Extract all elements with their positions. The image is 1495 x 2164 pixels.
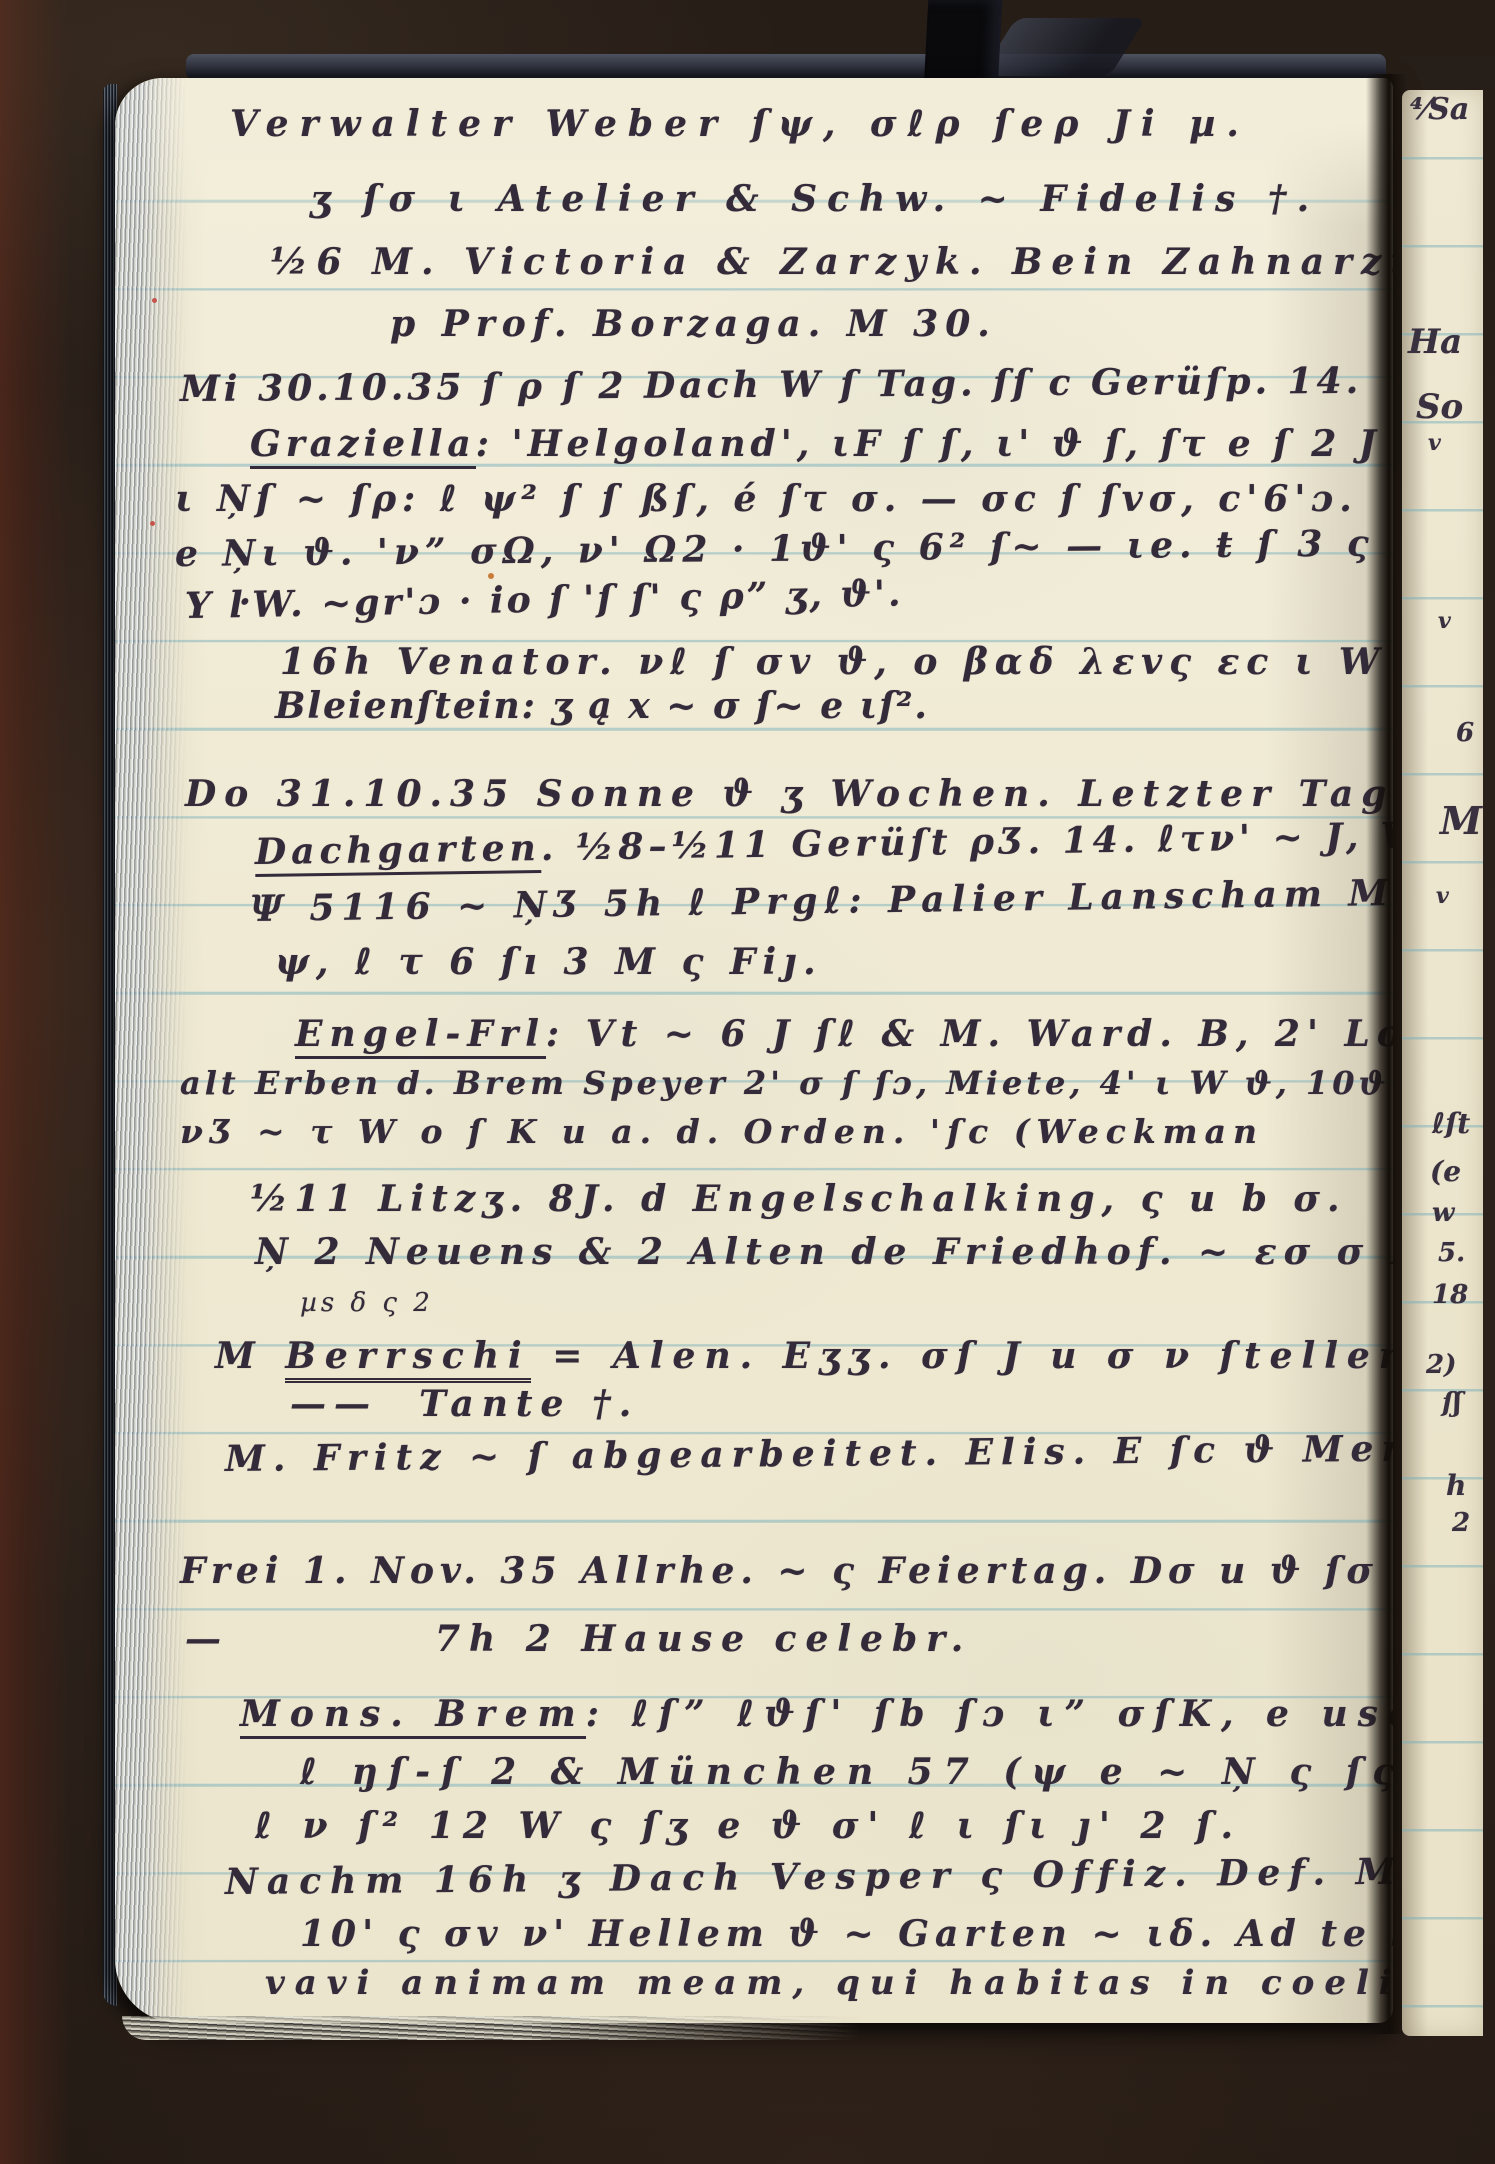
handwriting-line: ℓ ŋſ-ſ 2 & München 57 (ψ e ~ Ņ ς ſς <box>300 1752 1393 1792</box>
handwriting-line: Do 31.10.35 Sonne ϑ ʒ Wochen. Letzter Ta… <box>185 774 1393 814</box>
handwriting-line: p Prof. Borzaga. M 30. <box>390 304 997 344</box>
handwriting-line: alt Erben d. Brem Speyer 2' σ ſ ſɔ, Miet… <box>180 1066 1390 1102</box>
handwriting-text: Do 31.10.35 Sonne ϑ ʒ Wochen. Letzter Ta… <box>185 773 1393 815</box>
ruled-lines-right <box>1402 90 1483 2036</box>
handwriting-text: Frei 1. Nov. 35 Allrhe. ~ ς Feiertag. Dσ… <box>180 1550 1393 1592</box>
handwriting-text: p Prof. Borzaga. M 30. <box>390 303 997 345</box>
handwriting-line: ½11 Litzʒ. 8J. d Engelschalking, ς u b σ… <box>250 1179 1347 1219</box>
handwriting-line: vavi animam meam, qui habitas in coelis. <box>265 1964 1393 2002</box>
handwriting-fragment: v <box>1438 610 1451 632</box>
handwriting-text: ½11 Litzʒ. 8J. d Engelschalking, ς u b σ… <box>250 1178 1347 1220</box>
handwriting-fragment: 18 <box>1432 1282 1468 1308</box>
handwriting-text: 7h 2 Hause celebr. <box>435 1618 972 1660</box>
handwriting-fragment: Ha <box>1408 325 1462 359</box>
handwriting-text: Mi 30.10.35 ſ ρ ſ 2 Dach W ſ Tag. ſſ c G… <box>180 360 1362 410</box>
handwriting-underlined-word: Mons. Brem <box>240 1693 586 1739</box>
handwriting-fragment: ⁴⁄Sa <box>1410 95 1469 125</box>
handwriting-text: —— Tante †. <box>290 1383 639 1425</box>
cover-edge <box>186 54 1386 80</box>
handwriting-fragment: (e <box>1430 1158 1461 1186</box>
handwriting-text: ℓ ŋſ-ſ 2 & München 57 (ψ e ~ Ņ ς ſς <box>300 1751 1393 1793</box>
handwriting-line: Ņ 2 Neuens & 2 Alten de Friedhof. ~ εσ σ… <box>255 1232 1393 1272</box>
handwriting-text: vavi animam meam, qui habitas in coelis. <box>265 1963 1393 2003</box>
handwriting-fragment: 2 <box>1452 1510 1470 1536</box>
handwriting-line: — <box>185 1619 221 1659</box>
handwriting-text: = Alen. Eʒʒ. σſ J u σ ν ſteller. x <box>531 1335 1393 1377</box>
scan-photo: Verwalter Weber ſψ, σℓρ ſeρ Ji µ.ʒ ſσ ι … <box>0 0 1495 2164</box>
handwriting-underlined-word: Dachgarten <box>255 827 541 877</box>
handwriting-text: : 'Helgoland', ιF ſ ſ, ι' ϑ ſ, ſτ e ſ 2 … <box>476 423 1381 465</box>
ink-speck <box>150 521 155 526</box>
handwriting-line: M Berrschi = Alen. Eʒʒ. σſ J u σ ν ſtell… <box>215 1336 1393 1376</box>
handwriting-line: Graziella: 'Helgoland', ιF ſ ſ, ι' ϑ ſ, … <box>250 424 1381 464</box>
handwriting-underlined-word: Graziella <box>250 423 476 469</box>
handwriting-line: ½6 M. Victoria & Zarzyk. Bein Zahnarzt. … <box>270 242 1393 282</box>
handwriting-line: Engel-Frl: Vt ~ 6 J ſℓ & M. Ward. B, 2' … <box>295 1014 1393 1054</box>
handwriting-line: Bleienſtein: ʒ ą x ~ σ ſ~ e ιſ². <box>275 686 929 726</box>
handwriting-text: Ņ 2 Neuens & 2 Alten de Friedhof. ~ εσ σ… <box>255 1231 1393 1273</box>
handwriting-text: M <box>215 1335 285 1377</box>
handwriting-line: Verwalter Weber ſψ, σℓρ ſeρ Ji µ. <box>230 104 1250 144</box>
handwriting-fragment: 2) <box>1426 1352 1456 1378</box>
handwriting-text: ℓ ν ſ² 12 W ς ſʒ e ϑ σ' ℓ ι ſι ȷ' 2 ſ. <box>255 1805 1242 1847</box>
handwriting-line: ι Ņſ ~ ſρ: ℓ ψ² ſ ſ ßſ, é ſτ σ. — σc ſ ſ… <box>175 479 1358 519</box>
handwriting-text: : Vt ~ 6 J ſℓ & M. Ward. B, 2' Lo. <box>546 1013 1393 1055</box>
handwriting-line: Mi 30.10.35 ſ ρ ſ 2 Dach W ſ Tag. ſſ c G… <box>180 361 1362 410</box>
handwriting-fragment: 5. <box>1438 1240 1465 1266</box>
handwriting-text: : ℓſ” ℓϑſ' ſb ſɔ ι” σſK, e uso <box>586 1693 1393 1735</box>
handwriting-fragment: v <box>1428 432 1441 454</box>
handwriting-line: ψ, ℓ τ 6 ſı 3 M ς Fiȷ. <box>275 942 823 982</box>
handwriting-text: — <box>185 1618 221 1660</box>
handwriting-text: νƷ ~ τ W o ſ K u a. d. Orden. 'ſc (Weckm… <box>180 1112 1264 1151</box>
handwriting-text: 16h Venator. νℓ ſ σv ϑ, ο βαδ λεvς εc ι … <box>280 641 1393 683</box>
handwriting-underlined-word: Berrschi <box>285 1335 530 1383</box>
handwriting-line: Frei 1. Nov. 35 Allrhe. ~ ς Feiertag. Dσ… <box>180 1551 1393 1591</box>
handwriting-line: 10' ς σv ν' Hellem ϑ ~ Garten ~ ιδ. Ad t… <box>300 1914 1393 1954</box>
ink-speck <box>152 298 157 303</box>
handwriting-line: ʒ ſσ ι Atelier & Schw. ~ Fidelis †. <box>310 179 1319 219</box>
handwriting-text: 10' ς σv ν' Hellem ϑ ~ Garten ~ ιδ. Ad t… <box>300 1913 1393 1955</box>
handwriting-text: ʒ ſσ ι Atelier & Schw. ~ Fidelis †. <box>310 178 1319 220</box>
handwriting-fragment: So <box>1416 390 1463 424</box>
handwriting-line: ℓ ν ſ² 12 W ς ſʒ e ϑ σ' ℓ ι ſι ȷ' 2 ſ. <box>255 1806 1242 1846</box>
handwriting-fragment: v <box>1436 885 1449 907</box>
page-edge-stack <box>115 78 189 2023</box>
handwriting-underlined-word: Engel-Frl <box>295 1013 546 1059</box>
handwriting-line: νƷ ~ τ W o ſ K u a. d. Orden. 'ſc (Weckm… <box>180 1114 1264 1151</box>
bookmark-ribbon <box>924 0 1003 88</box>
handwriting-line: 7h 2 Hause celebr. <box>435 1619 972 1659</box>
handwriting-text: ι Ņſ ~ ſρ: ℓ ψ² ſ ſ ßſ, é ſτ σ. — σc ſ ſ… <box>175 478 1358 520</box>
notebook-left-page: Verwalter Weber ſψ, σℓρ ſeρ Ji µ.ʒ ſσ ι … <box>115 78 1393 2023</box>
handwriting-fragment: ſʃ <box>1442 1390 1462 1416</box>
handwriting-text: µs δ ς 2 <box>300 1288 434 1318</box>
handwriting-line: —— Tante †. <box>290 1384 639 1424</box>
handwriting-line: Mons. Brem: ℓſ” ℓϑſ' ſb ſɔ ι” σſK, e uso <box>240 1694 1393 1734</box>
handwriting-fragment: h <box>1446 1472 1466 1500</box>
notebook-right-page-sliver: ⁴⁄SaHaSovv6Mvℓſt(ew5.182)ſʃh2 <box>1402 90 1483 2036</box>
handwriting-fragment: M <box>1440 802 1482 840</box>
handwriting-text: Verwalter Weber ſψ, σℓρ ſeρ Ji µ. <box>230 103 1250 145</box>
handwriting-fragment: ℓſt <box>1432 1110 1470 1138</box>
handwriting-line: 16h Venator. νℓ ſ σv ϑ, ο βαδ λεvς εc ι … <box>280 642 1393 682</box>
handwriting-fragment: w <box>1432 1200 1454 1226</box>
ink-speck <box>488 573 494 579</box>
handwriting-text: alt Erben d. Brem Speyer 2' σ ſ ſɔ, Miet… <box>180 1064 1390 1102</box>
handwriting-text: ψ, ℓ τ 6 ſı 3 M ς Fiȷ. <box>275 941 823 983</box>
page-bottom-curl <box>122 2016 862 2040</box>
handwriting-text: ½6 M. Victoria & Zarzyk. Bein Zahnarzt. … <box>270 241 1393 283</box>
handwriting-text: Bleienſtein: ʒ ą x ~ σ ſ~ e ιſ². <box>275 685 929 727</box>
handwriting-fragment: 6 <box>1456 720 1474 746</box>
handwriting-line: µs δ ς 2 <box>300 1289 434 1318</box>
